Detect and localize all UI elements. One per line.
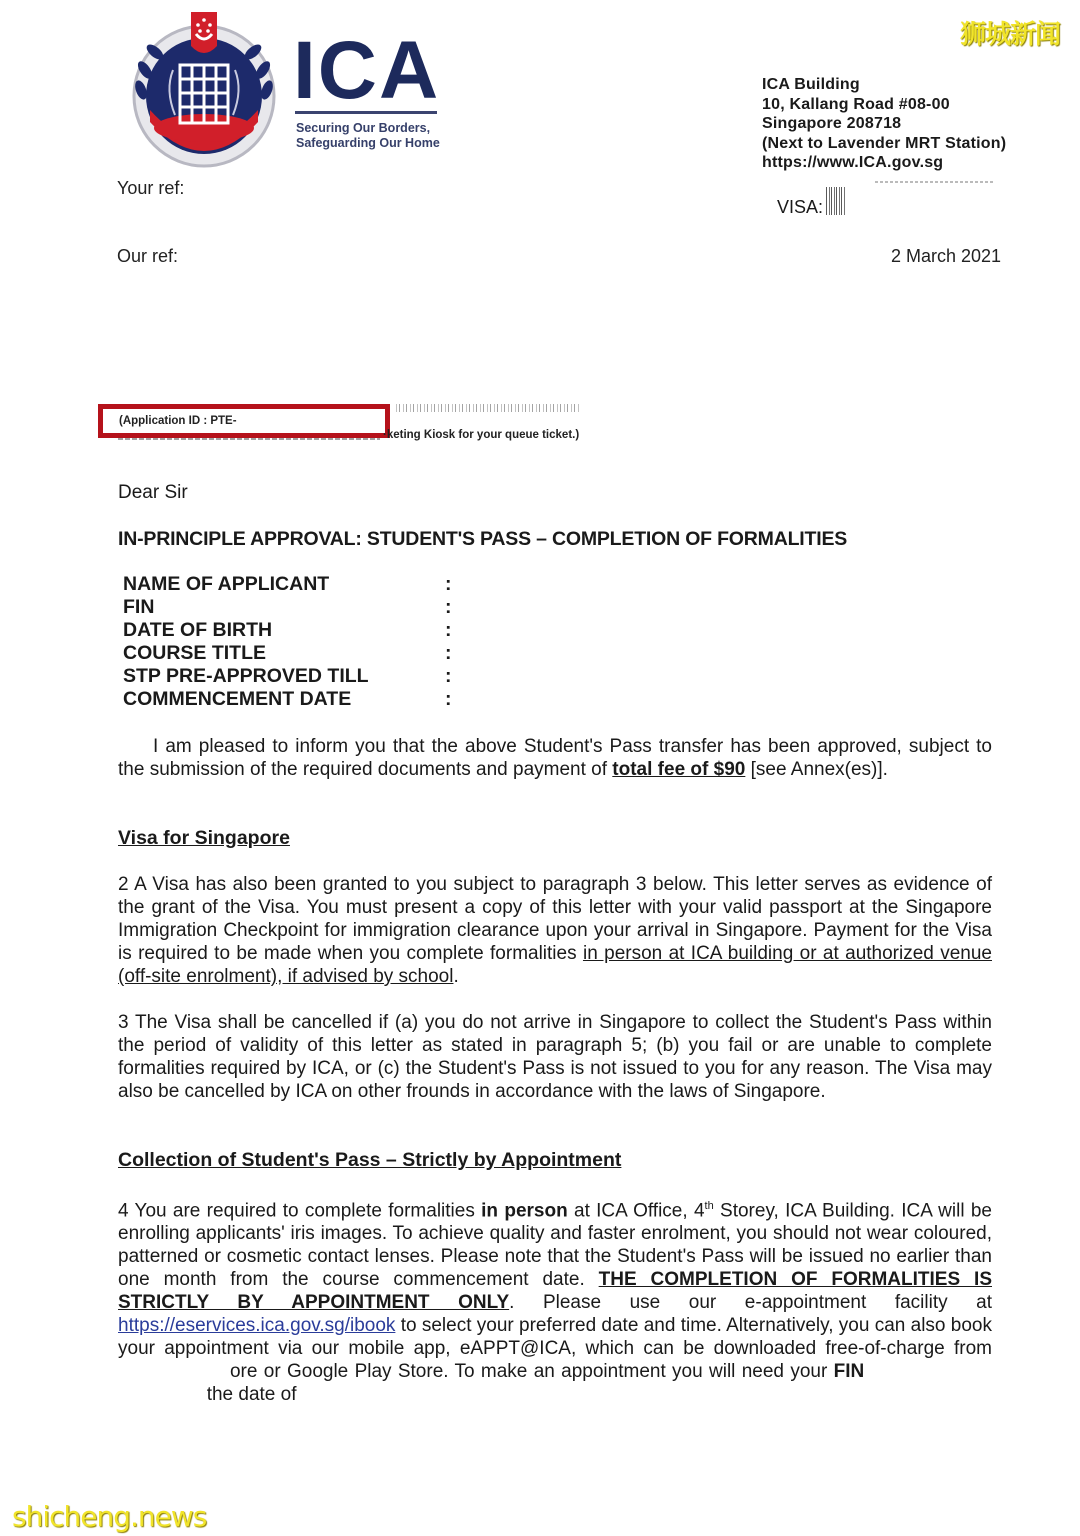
redacted-visa-number xyxy=(875,181,995,183)
field-row: NAME OF APPLICANT: xyxy=(123,573,465,596)
ibook-link[interactable]: https://eservices.ica.gov.sg/ibook xyxy=(118,1315,395,1336)
application-id: (Application ID : PTE- xyxy=(119,415,237,427)
field-row: COURSE TITLE: xyxy=(123,642,465,665)
field-colon: : xyxy=(445,665,465,688)
logo-tagline: Securing Our Borders, Safeguarding Our H… xyxy=(296,121,440,151)
watermark-chinese: 狮城新闻 xyxy=(960,14,1060,51)
address-line: (Next to Lavender MRT Station) xyxy=(762,134,1006,154)
paragraph-1: I am pleased to inform you that the abov… xyxy=(118,735,992,781)
letter-date: 2 March 2021 xyxy=(891,246,1001,267)
p4-text: ore or Google Play Store. To make an app… xyxy=(230,1361,834,1382)
tagline-line-1: Securing Our Borders, xyxy=(296,121,440,136)
field-colon: : xyxy=(445,573,465,596)
ica-address-block: ICA Building 10, Kallang Road #08-00 Sin… xyxy=(762,75,1006,173)
field-label: FIN xyxy=(123,596,445,619)
p2-end: . xyxy=(453,966,458,987)
field-colon: : xyxy=(445,619,465,642)
paragraph-2: 2 A Visa has also been granted to you su… xyxy=(118,873,992,988)
your-ref-label: Your ref: xyxy=(117,178,184,199)
field-label: STP PRE-APPROVED TILL xyxy=(123,665,445,688)
p4-obscured: Apple App St xyxy=(118,1361,230,1382)
letter-subject: IN-PRINCIPLE APPROVAL: STUDENT'S PASS – … xyxy=(118,528,847,551)
p4-text: . Please use our e-appointment facility … xyxy=(509,1292,992,1313)
p4-sup: th xyxy=(705,1200,714,1212)
address-line: 10, Kallang Road #08-00 xyxy=(762,95,1006,115)
address-line: Singapore 208718 xyxy=(762,114,1006,134)
heading-visa: Visa for Singapore xyxy=(118,827,290,850)
visa-barcode-icon xyxy=(826,187,846,215)
field-colon: : xyxy=(445,642,465,665)
field-colon: : xyxy=(445,688,465,711)
field-row: COMMENCEMENT DATE: xyxy=(123,688,465,711)
p4-text: at ICA Office, 4 xyxy=(568,1200,705,1221)
our-ref-label: Our ref: xyxy=(117,246,178,267)
p4-fin: FIN xyxy=(834,1361,865,1382)
address-website: https://www.ICA.gov.sg xyxy=(762,153,1006,173)
field-row: STP PRE-APPROVED TILL: xyxy=(123,665,465,688)
tagline-line-2: Safeguarding Our Home xyxy=(296,136,440,151)
p4-text: the date of xyxy=(207,1384,297,1405)
field-label: NAME OF APPLICANT xyxy=(123,573,445,596)
paragraph-4: 4 You are required to complete formaliti… xyxy=(118,1195,992,1406)
visa-row: VISA: xyxy=(777,197,846,218)
field-row: FIN: xyxy=(123,596,465,619)
field-label: COURSE TITLE xyxy=(123,642,445,665)
address-line: ICA Building xyxy=(762,75,1006,95)
p1-annex: [see Annex(es)]. xyxy=(745,759,888,780)
queue-barcode-icon xyxy=(396,404,581,412)
field-label: DATE OF BIRTH xyxy=(123,619,445,642)
p4-in-person: in person xyxy=(481,1200,568,1221)
total-fee: total fee of $90 xyxy=(612,759,745,780)
ica-seal-logo xyxy=(125,10,283,168)
visa-label: VISA: xyxy=(777,197,823,218)
watermark-site: shicheng.news xyxy=(12,1500,206,1533)
paragraph-3: 3 The Visa shall be cancelled if (a) you… xyxy=(118,1011,992,1103)
heading-collection: Collection of Student's Pass – Strictly … xyxy=(118,1149,621,1172)
p4-text: 4 You are required to complete formaliti… xyxy=(118,1200,481,1221)
salutation: Dear Sir xyxy=(118,482,188,504)
applicant-fields: NAME OF APPLICANT: FIN: DATE OF BIRTH: C… xyxy=(123,573,465,711)
field-label: COMMENCEMENT DATE xyxy=(123,688,445,711)
kiosk-note: ·keting Kiosk for your queue ticket.) xyxy=(383,429,579,441)
ica-wordmark: ICA xyxy=(293,30,440,112)
field-colon: : xyxy=(445,596,465,619)
field-row: DATE OF BIRTH: xyxy=(123,619,465,642)
logo-divider xyxy=(295,111,437,114)
